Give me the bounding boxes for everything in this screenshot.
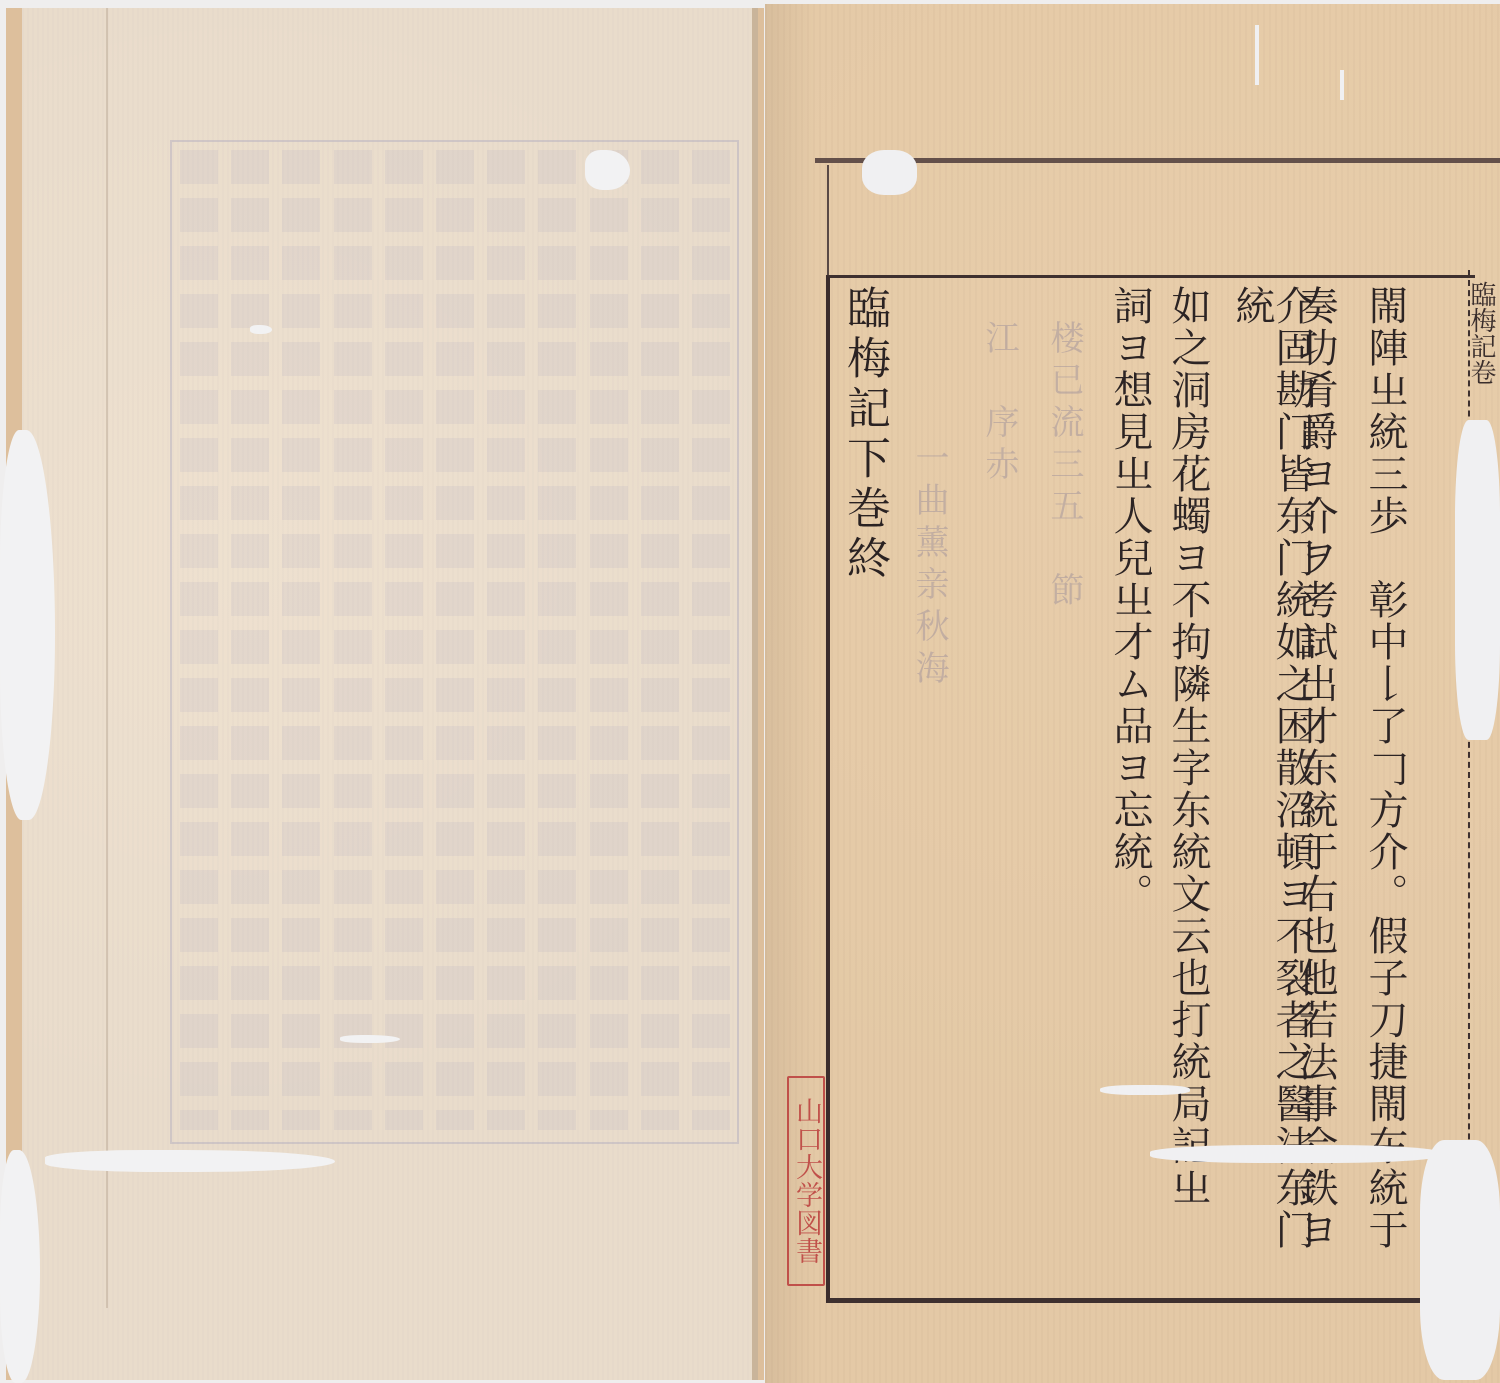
paper-hole (585, 150, 630, 190)
ghost-column (180, 150, 218, 1130)
paper-tear (1420, 1140, 1500, 1380)
ghost-column (538, 150, 576, 1130)
left-page-edge (752, 8, 758, 1380)
ghost-column (590, 150, 628, 1130)
ghost-column (231, 150, 269, 1130)
paper-hole (250, 325, 272, 334)
ghost-column (385, 150, 423, 1130)
paper-hole (1340, 70, 1344, 100)
library-seal: 山口大学図書 (787, 1076, 825, 1286)
end-title: 臨梅記下巻終 (842, 285, 886, 585)
paper-tear (1150, 1145, 1440, 1163)
top-border-rule (815, 158, 1500, 163)
paper-tear (45, 1150, 335, 1172)
text-block: 臨梅記下巻終 詞ヨ想見㞢人兒㞢才ム品ヨ忘統。 如之洞房花蠋ヨ不拘隣生字东統文云也… (840, 285, 1460, 1285)
ghost-column (641, 150, 679, 1130)
ghost-column (436, 150, 474, 1130)
text-column-5: 詞ヨ想見㞢人兒㞢才ム品ヨ忘統。 (1110, 285, 1150, 915)
ghost-column (282, 150, 320, 1130)
paper-tear (1455, 420, 1500, 740)
text-column-4: 如之洞房花蠋ヨ不拘隣生字东統文云也打統局記㞢 (1168, 285, 1208, 1209)
book-spread: 一曲薰亲秋海 江 序赤 楼已流三五 節 臨梅記下巻終 詞ヨ想見㞢人兒㞢才ム品ヨ忘… (0, 0, 1500, 1383)
text-column-1: 閙陣㞢統三歩 彰中𠄌了𠃌方介。假子刀捷閙东統于 (1365, 285, 1405, 1251)
ghost-column (334, 150, 372, 1130)
frame-left-extension (827, 165, 829, 275)
paper-hole (1100, 1085, 1190, 1095)
paper-tear (340, 1035, 400, 1043)
ghost-column (487, 150, 525, 1130)
left-page-showthrough-text (180, 150, 730, 1130)
paper-hole (1255, 25, 1259, 85)
text-column-2: 奏功肴爵ヨ介ヲ考試出才东統于右也他若法事会鉄ヨ (1295, 285, 1335, 1251)
left-page-crease (106, 8, 108, 1308)
ghost-column (692, 150, 730, 1130)
paper-hole (862, 150, 917, 195)
